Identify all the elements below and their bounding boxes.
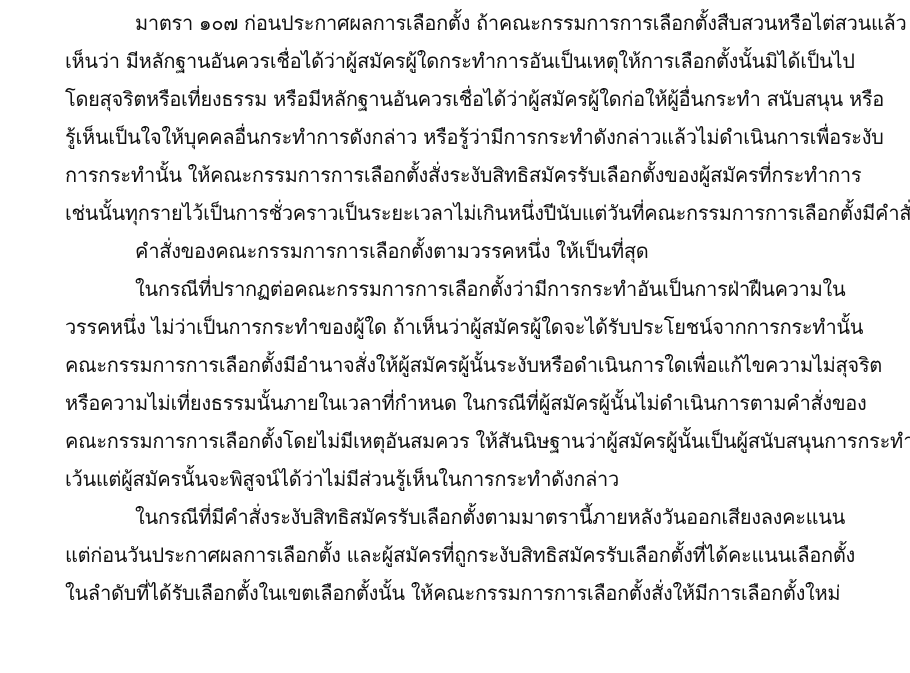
text-line: เว้นแต่ผู้สมัครนั้นจะพิสูจน์ได้ว่าไม่มีส…	[65, 464, 825, 494]
text-line: หรือความไม่เที่ยงธรรมนั้นภายในเวลาที่กำห…	[65, 388, 825, 418]
text-line: การกระทำนั้น ให้คณะกรรมการการเลือกตั้งสั…	[65, 160, 825, 190]
text-line: คณะกรรมการการเลือกตั้งโดยไม่มีเหตุอันสมค…	[65, 426, 825, 456]
text-line: ในกรณีที่มีคำสั่งระงับสิทธิสมัครรับเลือก…	[135, 502, 825, 532]
text-line: ในลำดับที่ได้รับเลือกตั้งในเขตเลือกตั้งน…	[65, 578, 825, 608]
document-page: มาตรา ๑๐๗ ก่อนประกาศผลการเลือกตั้ง ถ้าคณ…	[0, 0, 910, 673]
text-line: เช่นนั้นทุกรายไว้เป็นการชั่วคราวเป็นระยะ…	[65, 198, 825, 228]
text-line: คำสั่งของคณะกรรมการการเลือกตั้งตามวรรคหน…	[135, 236, 825, 266]
text-line: แต่ก่อนวันประกาศผลการเลือกตั้ง และผู้สมั…	[65, 540, 825, 570]
text-line: เห็นว่า มีหลักฐานอันควรเชื่อได้ว่าผู้สมั…	[65, 46, 825, 76]
text-line: คณะกรรมการการเลือกตั้งมีอำนาจสั่งให้ผู้ส…	[65, 350, 825, 380]
text-line: ในกรณีที่ปรากฏต่อคณะกรรมการการเลือกตั้งว…	[135, 274, 825, 304]
text-line: รู้เห็นเป็นใจให้บุคคลอื่นกระทำการดังกล่า…	[65, 122, 825, 152]
text-line: วรรคหนึ่ง ไม่ว่าเป็นการกระทำของผู้ใด ถ้า…	[65, 312, 825, 342]
text-line: มาตรา ๑๐๗ ก่อนประกาศผลการเลือกตั้ง ถ้าคณ…	[135, 8, 825, 38]
text-line: โดยสุจริตหรือเที่ยงธรรม หรือมีหลักฐานอัน…	[65, 84, 825, 114]
